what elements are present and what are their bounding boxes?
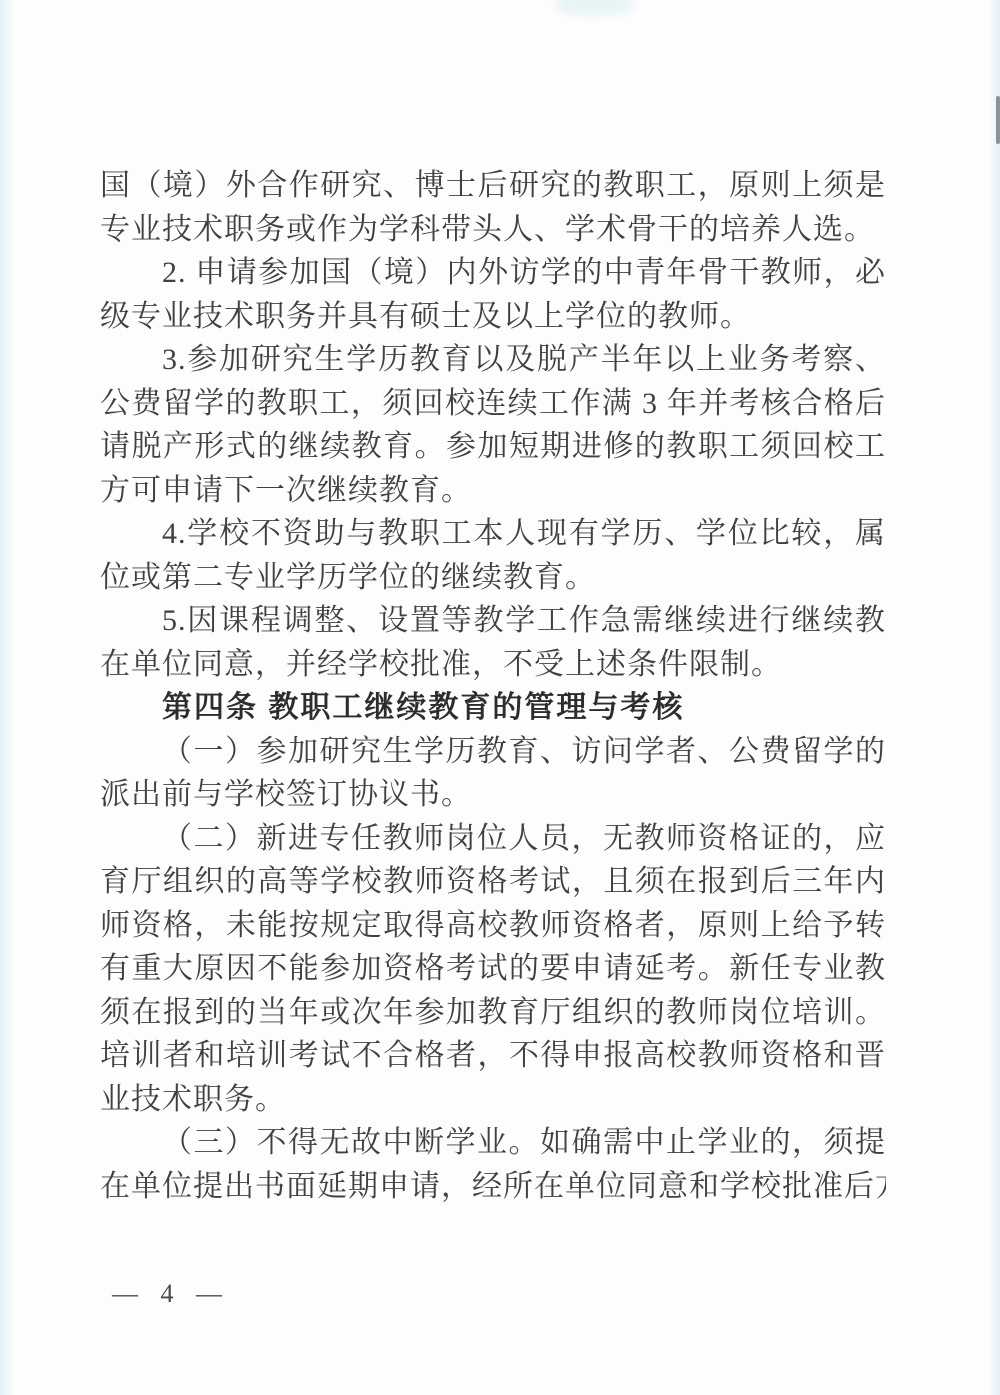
document-line: 派出前与学校签订协议书。 (100, 773, 886, 817)
document-line: 专业技术职务或作为学科带头人、学术骨干的培养人选。 (100, 208, 886, 252)
document-line: 培训者和培训考试不合格者，不得申报高校教师资格和晋升高一级专 (100, 1034, 886, 1078)
scan-artifact-right-edge (996, 96, 1000, 144)
document-line: 3.参加研究生学历教育以及脱产半年以上业务考察、访问学者、 (100, 338, 886, 382)
document-line: （三）不得无故中断学业。如确需中止学业的，须提前 30 天向所 (100, 1121, 886, 1165)
document-page: 国（境）外合作研究、博士后研究的教职工，原则上须是副高及以上专业技术职务或作为学… (0, 0, 1000, 1395)
document-line: 4.学校不资助与教职工本人现有学历、学位比较，属于低学历学 (100, 512, 886, 556)
section-heading: 第四条 教职工继续教育的管理与考核 (100, 686, 886, 730)
document-line: 育厅组织的高等学校教师资格考试，且须在报到后三年内取得高校教 (100, 860, 886, 904)
page-number: — 4 — (112, 1276, 230, 1312)
document-line: 2. 申请参加国（境）内外访学的中青年骨干教师，必须是具备中 (100, 251, 886, 295)
document-line: 方可申请下一次继续教育。 (100, 469, 886, 513)
document-line: 须在报到的当年或次年参加教育厅组织的教师岗位培训。未经过岗位 (100, 991, 886, 1035)
document-line: 业技术职务。 (100, 1078, 886, 1122)
document-body: 国（境）外合作研究、博士后研究的教职工，原则上须是副高及以上专业技术职务或作为学… (100, 164, 886, 1208)
document-line: 5.因课程调整、设置等教学工作急需继续进行继续教育的，须所 (100, 599, 886, 643)
document-line: 请脱产形式的继续教育。参加短期进修的教职工须回校工作 1 年以上， (100, 425, 886, 469)
document-line: （一）参加研究生学历教育、访问学者、公费留学的教职工须在 (100, 730, 886, 774)
document-line: 公费留学的教职工，须回校连续工作满 3 年并考核合格后才能再次申 (100, 382, 886, 426)
scan-artifact-top (555, 0, 635, 16)
document-line: 国（境）外合作研究、博士后研究的教职工，原则上须是副高及以上 (100, 164, 886, 208)
scan-edge-tint-left (0, 0, 14, 1395)
document-line: 有重大原因不能参加资格考试的要申请延考。新任专业教师岗位人员， (100, 947, 886, 991)
document-line: 在单位提出书面延期申请，经所在单位同意和学校批准后方可中止。 (100, 1165, 886, 1209)
document-line: 师资格，未能按规定取得高校教师资格者，原则上给予转岗或解聘， (100, 904, 886, 948)
document-line: 在单位同意，并经学校批准，不受上述条件限制。 (100, 643, 886, 687)
document-line: （二）新进专任教师岗位人员，无教师资格证的，应积极参加教 (100, 817, 886, 861)
document-line: 级专业技术职务并具有硕士及以上学位的教师。 (100, 295, 886, 339)
document-line: 位或第二专业学历学位的继续教育。 (100, 556, 886, 600)
scan-edge-tint-right (988, 0, 1000, 1395)
